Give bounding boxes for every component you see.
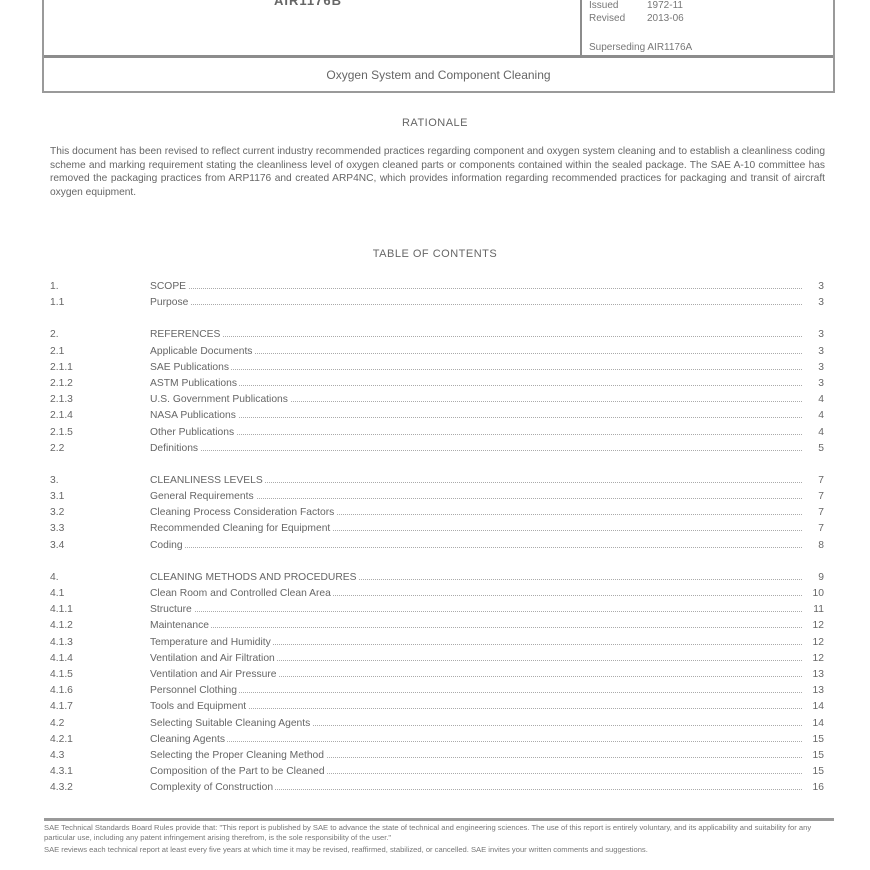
dot-leader [150, 288, 802, 289]
toc-entry-page: 13 [802, 669, 824, 680]
dot-leader [150, 741, 802, 742]
toc-entry-number: 1.1 [50, 297, 140, 308]
toc-entry[interactable]: 4.1.5Ventilation and Air Pressure13 [50, 669, 824, 685]
toc-entry-title: Personnel Clothing [150, 685, 802, 696]
rationale-text: This document has been revised to reflec… [50, 145, 825, 199]
dot-leader [150, 627, 802, 628]
toc-entry-page: 4 [802, 410, 824, 421]
toc-entry-number: 4.1.3 [50, 637, 140, 648]
toc-entry-page: 15 [802, 734, 824, 745]
rationale-heading: RATIONALE [0, 117, 870, 129]
dot-leader [150, 417, 802, 418]
toc-entry-number: 4.1.4 [50, 653, 140, 664]
toc-entry-title: Tools and Equipment [150, 701, 802, 712]
toc-entry[interactable]: 2.1.4NASA Publications4 [50, 410, 824, 426]
toc-entry-title: Complexity of Construction [150, 782, 802, 793]
toc-entry-page: 7 [802, 523, 824, 534]
toc-group-spacer [50, 313, 824, 329]
toc-entry[interactable]: 3.1General Requirements7 [50, 491, 824, 507]
dot-leader [150, 304, 802, 305]
toc-entry[interactable]: 2.REFERENCES3 [50, 329, 824, 345]
meta-superseding: Superseding AIR1176A [589, 42, 692, 53]
toc-entry[interactable]: 3.4Coding8 [50, 540, 824, 556]
toc-entry[interactable]: 2.1.3U.S. Government Publications4 [50, 394, 824, 410]
toc-entry-number: 4.3 [50, 750, 140, 761]
toc-entry-page: 5 [802, 443, 824, 454]
toc-entry-title: Cleaning Process Consideration Factors [150, 507, 802, 518]
toc-entry-page: 12 [802, 637, 824, 648]
toc-entry-number: 2.1.1 [50, 362, 140, 373]
toc-entry-title: Maintenance [150, 620, 802, 631]
toc-entry-number: 2.1.3 [50, 394, 140, 405]
toc-entry-page: 3 [802, 281, 824, 292]
toc-entry-page: 11 [802, 604, 824, 615]
toc-entry-page: 7 [802, 475, 824, 486]
toc-entry-page: 10 [802, 588, 824, 599]
toc-entry[interactable]: 4.1.2Maintenance12 [50, 620, 824, 636]
toc-entry-title: Cleaning Agents [150, 734, 802, 745]
header-rule [44, 55, 833, 58]
toc-entry[interactable]: 3.CLEANLINESS LEVELS7 [50, 475, 824, 491]
toc-entry-page: 15 [802, 750, 824, 761]
toc-entry-page: 3 [802, 378, 824, 389]
toc-entry-title: Purpose [150, 297, 802, 308]
toc-entry-page: 3 [802, 297, 824, 308]
toc-entry-number: 4.1.7 [50, 701, 140, 712]
toc-entry-page: 12 [802, 653, 824, 664]
toc-entry[interactable]: 4.1.4Ventilation and Air Filtration12 [50, 653, 824, 669]
toc-entry[interactable]: 2.2Definitions5 [50, 443, 824, 459]
document-title: Oxygen System and Component Cleaning [44, 68, 833, 82]
toc-entry-page: 16 [802, 782, 824, 793]
dot-leader [150, 369, 802, 370]
toc-group-spacer [50, 556, 824, 572]
toc-entry-page: 3 [802, 346, 824, 357]
toc-entry-page: 15 [802, 766, 824, 777]
toc-entry-number: 4.2 [50, 718, 140, 729]
toc-entry[interactable]: 4.CLEANING METHODS AND PROCEDURES9 [50, 572, 824, 588]
toc-entry[interactable]: 4.1.3Temperature and Humidity12 [50, 637, 824, 653]
toc-entry[interactable]: 3.2Cleaning Process Consideration Factor… [50, 507, 824, 523]
toc-entry-number: 4.1.5 [50, 669, 140, 680]
meta-issued: Issued1972-11 [589, 0, 683, 11]
document-id: AIR1176B [274, 0, 342, 8]
toc-entry-number: 3.1 [50, 491, 140, 502]
toc-entry-title: Clean Room and Controlled Clean Area [150, 588, 802, 599]
toc-entry-page: 4 [802, 427, 824, 438]
toc-entry-title: Selecting Suitable Cleaning Agents [150, 718, 802, 729]
toc-entry-page: 8 [802, 540, 824, 551]
toc-entry-page: 3 [802, 362, 824, 373]
toc-entry-number: 1. [50, 281, 140, 292]
toc-entry-page: 7 [802, 507, 824, 518]
toc-entry[interactable]: 4.3.2Complexity of Construction16 [50, 782, 824, 798]
toc-entry-title: Coding [150, 540, 802, 551]
toc-entry-number: 3.4 [50, 540, 140, 551]
toc-entry[interactable]: 4.2.1Cleaning Agents15 [50, 734, 824, 750]
footer-notice: SAE Technical Standards Board Rules prov… [44, 818, 834, 858]
toc-entry-number: 2.1.5 [50, 427, 140, 438]
toc-entry-number: 4.1 [50, 588, 140, 599]
toc-entry-number: 4.2.1 [50, 734, 140, 745]
toc-entry-title: Other Publications [150, 427, 802, 438]
toc-entry[interactable]: 4.1.6Personnel Clothing13 [50, 685, 824, 701]
toc-group-spacer [50, 459, 824, 475]
dot-leader [150, 547, 802, 548]
toc-entry-number: 2.1 [50, 346, 140, 357]
toc-entry-title: Structure [150, 604, 802, 615]
toc-entry-title: Recommended Cleaning for Equipment [150, 523, 802, 534]
toc-entry-number: 3.3 [50, 523, 140, 534]
dot-leader [150, 611, 802, 612]
toc-entry[interactable]: 1.1Purpose3 [50, 297, 824, 313]
toc-entry-page: 4 [802, 394, 824, 405]
toc-entry[interactable]: 4.2Selecting Suitable Cleaning Agents14 [50, 718, 824, 734]
header-divider [580, 0, 582, 57]
toc-entry-title: REFERENCES [150, 329, 802, 340]
footer-line: SAE reviews each technical report at lea… [44, 845, 834, 855]
toc-entry-number: 3.2 [50, 507, 140, 518]
toc-entry-title: General Requirements [150, 491, 802, 502]
dot-leader [150, 450, 802, 451]
footer-line: SAE Technical Standards Board Rules prov… [44, 823, 834, 842]
toc-entry-page: 12 [802, 620, 824, 631]
toc-entry-title: SAE Publications [150, 362, 802, 373]
toc-entry-page: 14 [802, 718, 824, 729]
toc-entry[interactable]: 3.3Recommended Cleaning for Equipment7 [50, 523, 824, 539]
toc-entry-title: NASA Publications [150, 410, 802, 421]
toc-entry-number: 2.1.2 [50, 378, 140, 389]
toc-entry-title: Temperature and Humidity [150, 637, 802, 648]
dot-leader [150, 385, 802, 386]
toc-entry-page: 13 [802, 685, 824, 696]
toc-entry[interactable]: 2.1.5Other Publications4 [50, 427, 824, 443]
toc-entry-title: CLEANING METHODS AND PROCEDURES [150, 572, 802, 583]
toc-entry-title: Definitions [150, 443, 802, 454]
toc-entry-page: 3 [802, 329, 824, 340]
toc-entry-number: 2. [50, 329, 140, 340]
toc-entry[interactable]: 2.1Applicable Documents3 [50, 346, 824, 362]
toc-entry-number: 4.3.1 [50, 766, 140, 777]
toc-entry-title: SCOPE [150, 281, 802, 292]
toc-entry-number: 4.1.2 [50, 620, 140, 631]
document-header-box: AIR1176B Issued1972-11 Revised2013-06 Su… [42, 0, 835, 93]
toc-entry-number: 4.1.1 [50, 604, 140, 615]
toc-entry[interactable]: 4.1.1Structure11 [50, 604, 824, 620]
toc-entry-number: 4.3.2 [50, 782, 140, 793]
toc-entry-title: CLEANLINESS LEVELS [150, 475, 802, 486]
toc-entry[interactable]: 1.SCOPE3 [50, 281, 824, 297]
toc-entry[interactable]: 2.1.1SAE Publications3 [50, 362, 824, 378]
toc-entry-title: Composition of the Part to be Cleaned [150, 766, 802, 777]
dot-leader [150, 434, 802, 435]
dot-leader [150, 692, 802, 693]
toc-entry-title: Ventilation and Air Filtration [150, 653, 802, 664]
toc-entry-title: ASTM Publications [150, 378, 802, 389]
toc-heading: TABLE OF CONTENTS [0, 248, 870, 260]
toc-entry[interactable]: 4.3Selecting the Proper Cleaning Method1… [50, 750, 824, 766]
toc-entry-number: 4.1.6 [50, 685, 140, 696]
toc-entry[interactable]: 4.1Clean Room and Controlled Clean Area1… [50, 588, 824, 604]
toc-entry-page: 7 [802, 491, 824, 502]
toc-entry-number: 2.2 [50, 443, 140, 454]
toc-entry-number: 2.1.4 [50, 410, 140, 421]
dot-leader [150, 336, 802, 337]
toc-entry[interactable]: 4.3.1Composition of the Part to be Clean… [50, 766, 824, 782]
toc-entry-number: 3. [50, 475, 140, 486]
toc-entry-number: 4. [50, 572, 140, 583]
toc-entry-page: 14 [802, 701, 824, 712]
toc-entry[interactable]: 4.1.7Tools and Equipment14 [50, 701, 824, 717]
toc-entry[interactable]: 2.1.2ASTM Publications3 [50, 378, 824, 394]
toc-entry-title: Applicable Documents [150, 346, 802, 357]
meta-revised: Revised2013-06 [589, 13, 684, 24]
table-of-contents: 1.SCOPE31.1Purpose32.REFERENCES32.1Appli… [50, 281, 824, 798]
toc-entry-page: 9 [802, 572, 824, 583]
toc-entry-title: U.S. Government Publications [150, 394, 802, 405]
toc-entry-title: Ventilation and Air Pressure [150, 669, 802, 680]
toc-entry-title: Selecting the Proper Cleaning Method [150, 750, 802, 761]
